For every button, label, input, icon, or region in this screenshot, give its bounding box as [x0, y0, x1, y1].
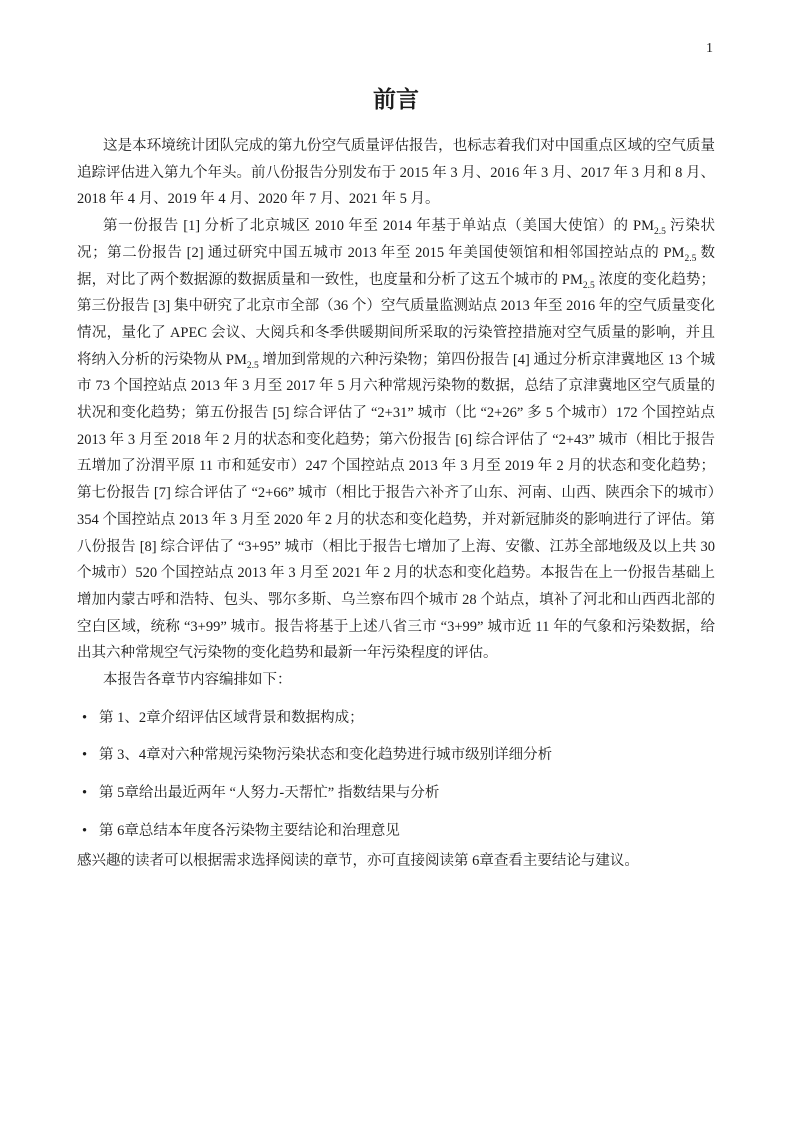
paragraph-intro: 这是本环境统计团队完成的第九份空气质量评估报告，也标志着我们对中国重点区域的空气…	[77, 133, 715, 213]
document-page: 1 前言 这是本环境统计团队完成的第九份空气质量评估报告，也标志着我们对中国重点…	[0, 0, 793, 1122]
chapter-list: 第 1、2章介绍评估区域背景和数据构成； 第 3、4章对六种常规污染物污染状态和…	[77, 705, 715, 845]
list-item-chapter-5: 第 5章给出最近两年 “人努力-天帮忙” 指数结果与分析	[77, 780, 715, 807]
paragraph-report-history: 第一份报告 [1] 分析了北京城区 2010 年至 2014 年基于单站点（美国…	[77, 213, 715, 667]
list-item-chapters-3-4: 第 3、4章对六种常规污染物污染状态和变化趋势进行城市级别详细分析	[77, 742, 715, 769]
list-item-chapter-6: 第 6章总结本年度各污染物主要结论和治理意见	[77, 818, 715, 845]
paragraph-outline-intro: 本报告各章节内容编排如下：	[77, 667, 715, 694]
document-body: 这是本环境统计团队完成的第九份空气质量评估报告，也标志着我们对中国重点区域的空气…	[77, 133, 715, 874]
list-item-chapters-1-2: 第 1、2章介绍评估区域背景和数据构成；	[77, 705, 715, 732]
closing-paragraph: 感兴趣的读者可以根据需求选择阅读的章节，亦可直接阅读第 6章查看主要结论与建议。	[77, 848, 715, 875]
page-title: 前言	[77, 88, 715, 112]
page-number: 1	[706, 40, 713, 58]
